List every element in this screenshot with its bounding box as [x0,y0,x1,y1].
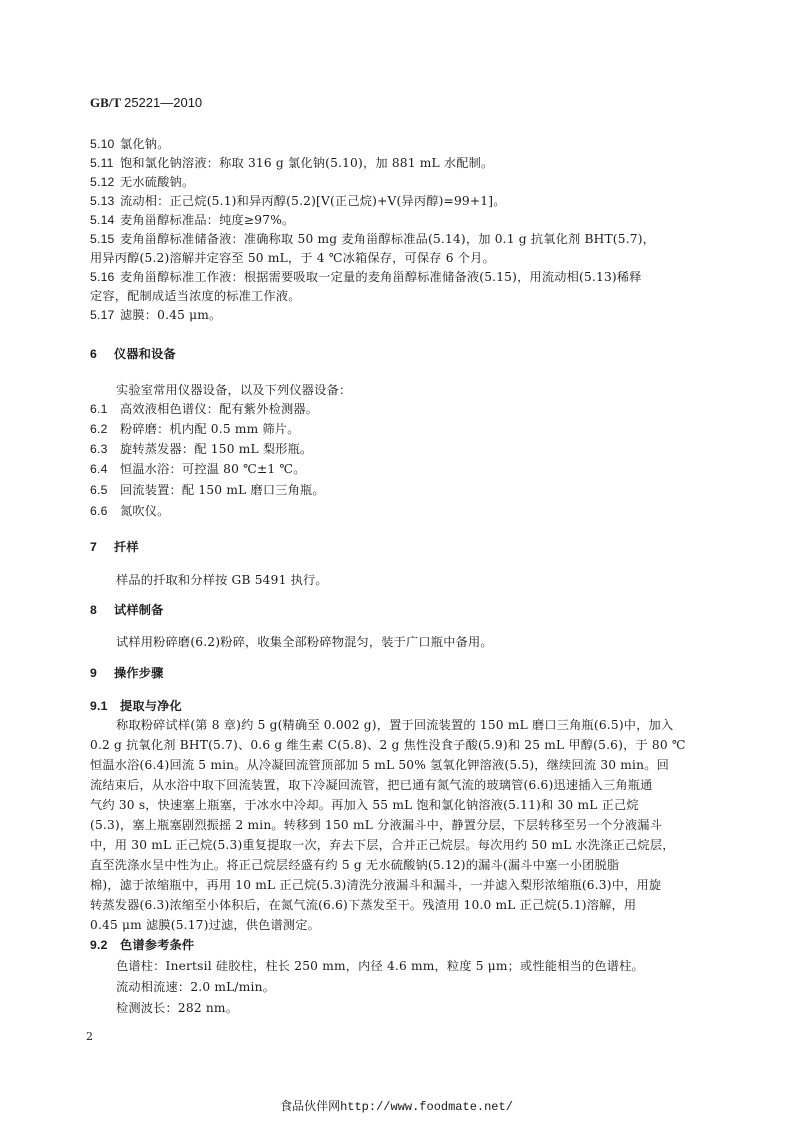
s91-line: 气约 30 s，快速塞上瓶塞，于冰水中冷却。再加入 55 mL 饱和氯化钠溶液(… [90,796,639,814]
item-5-11: 5.11饱和氯化钠溶液：称取 316 g 氯化钠(5.10)，加 881 mL … [90,154,493,172]
item-6-4: 6.4恒温水浴：可控温 80 ℃±1 ℃。 [90,460,306,478]
item-5-14: 5.14麦角甾醇标准品：纯度≥97%。 [90,211,294,229]
item-6-6: 6.6氮吹仪。 [90,502,170,520]
section-8-heading: 8试样制备 [90,601,164,619]
s91-line: 直至洗涤水呈中性为止。将正己烷层经盛有约 5 g 无水硫酸钠(5.12)的漏斗(… [90,856,619,874]
document-header: GB/T 25221—2010 [90,95,202,111]
item-5-12: 5.12无水硫酸钠。 [90,173,194,191]
item-5-17: 5.17滤膜：0.45 μm。 [90,306,221,324]
item-5-16: 5.16麦角甾醇标准工作液：根据需要吸取一定量的麦角甾醇标准储备液(5.15)，… [90,268,642,286]
s92-flow-rate: 流动相流速：2.0 mL/min。 [116,978,275,996]
section-7-body: 样品的扦取和分样按 GB 5491 执行。 [116,571,328,589]
s91-line: 流结束后，从水浴中取下回流装置，取下冷凝回流管，把已通有氮气流的玻璃管(6.6)… [90,776,653,794]
s91-line: 中，用 30 mL 正己烷(5.3)重复提取一次，弃去下层，合并正己烷层。每次用… [90,836,675,854]
s91-line: 棉)，滤于浓缩瓶中，再用 10 mL 正己烷(5.3)清洗分液漏斗和漏斗，一并滤… [90,876,661,894]
page-number: 2 [86,1030,93,1043]
item-6-2: 6.2粉碎磨：机内配 0.5 mm 筛片。 [90,420,300,438]
item-6-5: 6.5回流装置：配 150 mL 磨口三角瓶。 [90,481,325,499]
item-5-13: 5.13流动相：正己烷(5.1)和异丙醇(5.2)[V(正己烷)+V(异丙醇)=… [90,192,506,210]
section-9-1-heading: 9.1提取与净化 [90,697,182,715]
s92-column: 色谱柱：Inertsil 硅胶柱，柱长 250 mm，内径 4.6 mm，粒度 … [116,957,644,975]
s92-wavelength: 检测波长：282 nm。 [116,999,238,1017]
section-9-2-heading: 9.2色谱参考条件 [90,936,194,954]
standard-code: GB/T [90,95,121,110]
s91-line: (5.3)，塞上瓶塞剧烈振摇 2 min。转移到 150 mL 分液漏斗中，静置… [90,816,662,834]
standard-number: 25221—2010 [124,95,202,110]
footer-watermark: 食品伙伴网http://www.foodmate.net/ [0,1097,793,1114]
section-6-intro: 实验室常用仪器设备，以及下列仪器设备： [116,381,351,399]
section-8-body: 试样用粉碎磨(6.2)粉碎，收集全部粉碎物混匀，装于广口瓶中备用。 [116,633,493,651]
section-6-heading: 6仪器和设备 [90,345,176,363]
section-7-heading: 7扦样 [90,538,139,556]
s91-line: 0.45 μm 滤膜(5.17)过滤，供色谱测定。 [90,916,320,934]
s91-line: 0.2 g 抗氧化剂 BHT(5.7)、0.6 g 维生素 C(5.8)、2 g… [90,736,686,754]
item-5-15: 5.15麦角甾醇标准储备液：准确称取 50 mg 麦角甾醇标准品(5.14)，加… [90,230,655,248]
item-6-3: 6.3旋转蒸发器：配 150 mL 梨形瓶。 [90,440,312,458]
item-6-1: 6.1高效液相色谱仪：配有紫外检测器。 [90,400,318,418]
item-5-16-continued: 定容，配制成适当浓度的标准工作液。 [90,287,301,305]
s91-line: 称取粉碎试样(第 8 章)约 5 g(精确至 0.002 g)，置于回流装置的 … [116,716,673,734]
s91-line: 转蒸发器(6.3)浓缩至小体积后，在氮气流(6.6)下蒸发至干。残渣用 10.0… [90,896,636,914]
section-9-heading: 9操作步骤 [90,664,164,682]
s91-line: 恒温水浴(6.4)回流 5 min。从冷凝回流管顶部加 5 mL 50% 氢氧化… [90,756,669,774]
item-5-10: 5.10氯化钠。 [90,135,170,153]
item-5-15-continued: 用异丙醇(5.2)溶解并定容至 50 mL，于 4 ℃冰箱保存，可保存 6 个月… [90,249,495,267]
